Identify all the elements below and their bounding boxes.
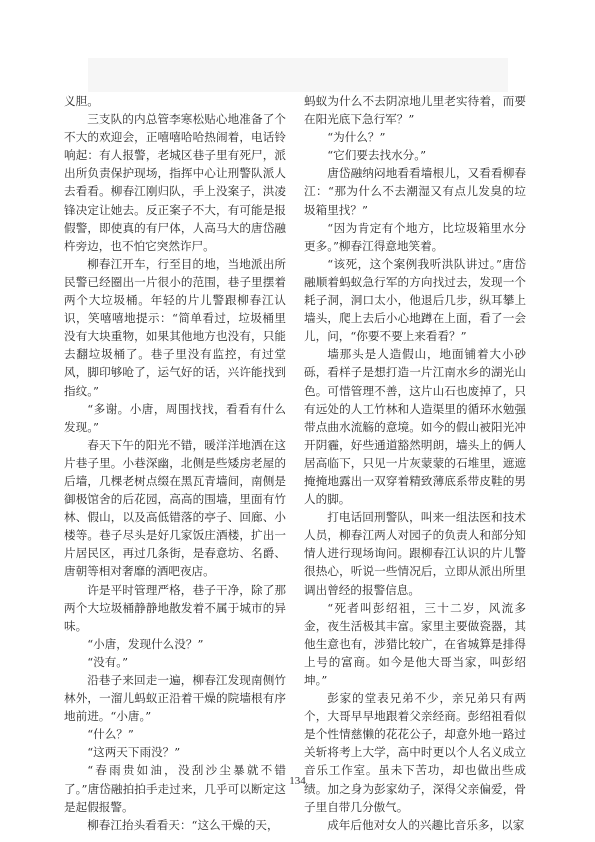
- paragraph: 蚂蚁为什么不去阴凉地儿里老实待着，而要在阳光底下急行军？”: [304, 92, 526, 128]
- paragraph: 唐岱融纳闷地看看墙根儿，又看看柳春江：“那为什么不去潮湿又有点儿发臭的垃圾箱里找…: [304, 164, 526, 218]
- paragraph: “春雨贵如油，没刮沙尘暴就不错了。”唐岱融拍拍手走过来，几乎可以断定这是起假报警…: [64, 761, 286, 815]
- paragraph: “小唐，发现什么没？”: [64, 635, 286, 653]
- paragraph: “死者叫彭绍祖，三十二岁，风流多金，夜生活极其丰富。家里主要做瓷器，其他生意也有…: [304, 599, 526, 689]
- paragraph: “该死，这个案例我听洪队讲过。”唐岱融顺着蚂蚁急行军的方向找过去，发现一个耗子洞…: [304, 255, 526, 345]
- paragraph: 彭家的堂表兄弟不少，亲兄弟只有两个，大哥早早地跟着父亲经商。彭绍祖看似是个性情慈…: [304, 689, 526, 816]
- paragraph: 许是平时管理严格，巷子干净，除了那两个大垃圾桶静静地散发着不属于城市的异味。: [64, 581, 286, 635]
- paragraph: “多谢。小唐，周围找找，看看有什么发现。”: [64, 400, 286, 436]
- paragraph: 春天下午的阳光不错，暖洋洋地洒在这片巷子里。小巷深幽，北侧是些矮房老屋的后墙，几…: [64, 436, 286, 581]
- paragraph: 柳春江抬头看看天：“这么干燥的天，: [64, 816, 286, 834]
- paragraph: “它们要去找水分。”: [304, 146, 526, 164]
- paragraph: 成年后他对女人的兴趣比音乐多，以家: [304, 816, 526, 834]
- left-text-column: 义胆。三支队的内总管李寒松贴心地准备了个不大的欢迎会，正嘻嘻哈哈热闹着，电话铃响…: [64, 92, 286, 834]
- paragraph: “因为肯定有个地方，比垃圾箱里水分更多。”柳春江得意地笑着。: [304, 219, 526, 255]
- paragraph: 三支队的内总管李寒松贴心地准备了个不大的欢迎会，正嘻嘻哈哈热闹着，电话铃响起：有…: [64, 110, 286, 255]
- paragraph: 柳春江开车，行至目的地，当地派出所民警已经圈出一片很小的范围，巷子里摆着两个大垃…: [64, 255, 286, 400]
- paragraph: 沿巷子来回走一遍，柳春江发现南侧竹林外，一溜儿蚂蚁正沿着干燥的院墙根有序地前进。…: [64, 671, 286, 725]
- faded-header-band: [88, 58, 508, 92]
- paragraph: 墙那头是人造假山，地面铺着大小砂砾，看样子是想打造一片江南水乡的湖光山色。可惜管…: [304, 345, 526, 508]
- paragraph: “没有。”: [64, 653, 286, 671]
- paragraph: “这两天下雨没？”: [64, 743, 286, 761]
- paragraph: “什么？”: [64, 725, 286, 743]
- paragraph: “为什么？”: [304, 128, 526, 146]
- right-text-column: 蚂蚁为什么不去阴凉地儿里老实待着，而要在阳光底下急行军？”“为什么？”“它们要去…: [304, 92, 526, 834]
- paragraph: 义胆。: [64, 92, 286, 110]
- page-number: 134: [0, 775, 595, 787]
- paragraph: 打电话回刑警队，叫来一组法医和技术人员，柳春江两人对园子的负责人和部分知情人进行…: [304, 508, 526, 598]
